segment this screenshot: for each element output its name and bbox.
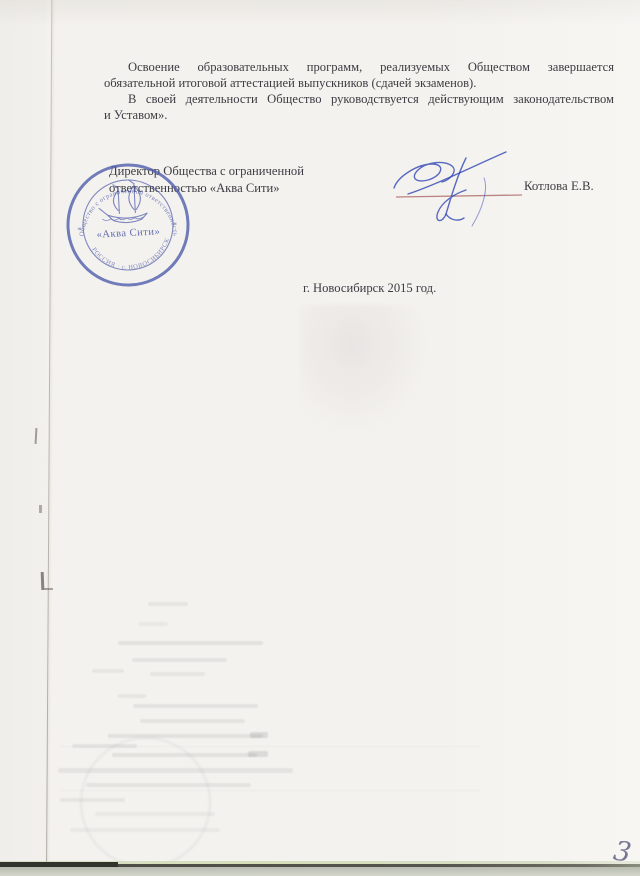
scan-right-shading [420,0,640,876]
scanned-document-page: Освоение образовательных программ, реали… [0,0,640,876]
signature-underline [396,195,522,197]
bleed-through-stamp-outline [80,737,211,868]
stamp-center-text: «Аква Сити» [96,226,160,240]
stamp-ring-bottom-text: РОССИЯ · г. НОВОСИБИРСК [90,237,173,274]
signature-stroke [394,152,506,226]
signer-name: Котлова Е.В. [524,179,594,194]
paragraph-line: В своей деятельности Общество руководств… [104,91,614,107]
company-round-stamp: Общество с ограниченной ответственностью… [60,157,197,294]
stamp-left-mark: * [77,225,81,234]
body-text: Освоение образовательных программ, реали… [104,59,614,123]
paragraph-line: обязательной итоговой аттестацией выпуск… [104,75,614,91]
scanner-edge-below [0,867,640,876]
handwritten-signature [388,150,533,230]
binding-mark [39,505,42,513]
paragraph-line: Освоение образовательных программ, реали… [104,59,614,75]
binding-mark [44,588,53,590]
svg-text:РОССИЯ · г. НОВОСИБИРСК: РОССИЯ · г. НОВОСИБИРСК [90,237,173,274]
paragraph-line: и Уставом». [104,107,614,123]
place-year-line: г. Новосибирск 2015 год. [303,281,436,296]
stamp-right-mark: * [173,220,177,229]
page-fold-line [46,0,53,876]
scan-left-margin [0,0,47,876]
